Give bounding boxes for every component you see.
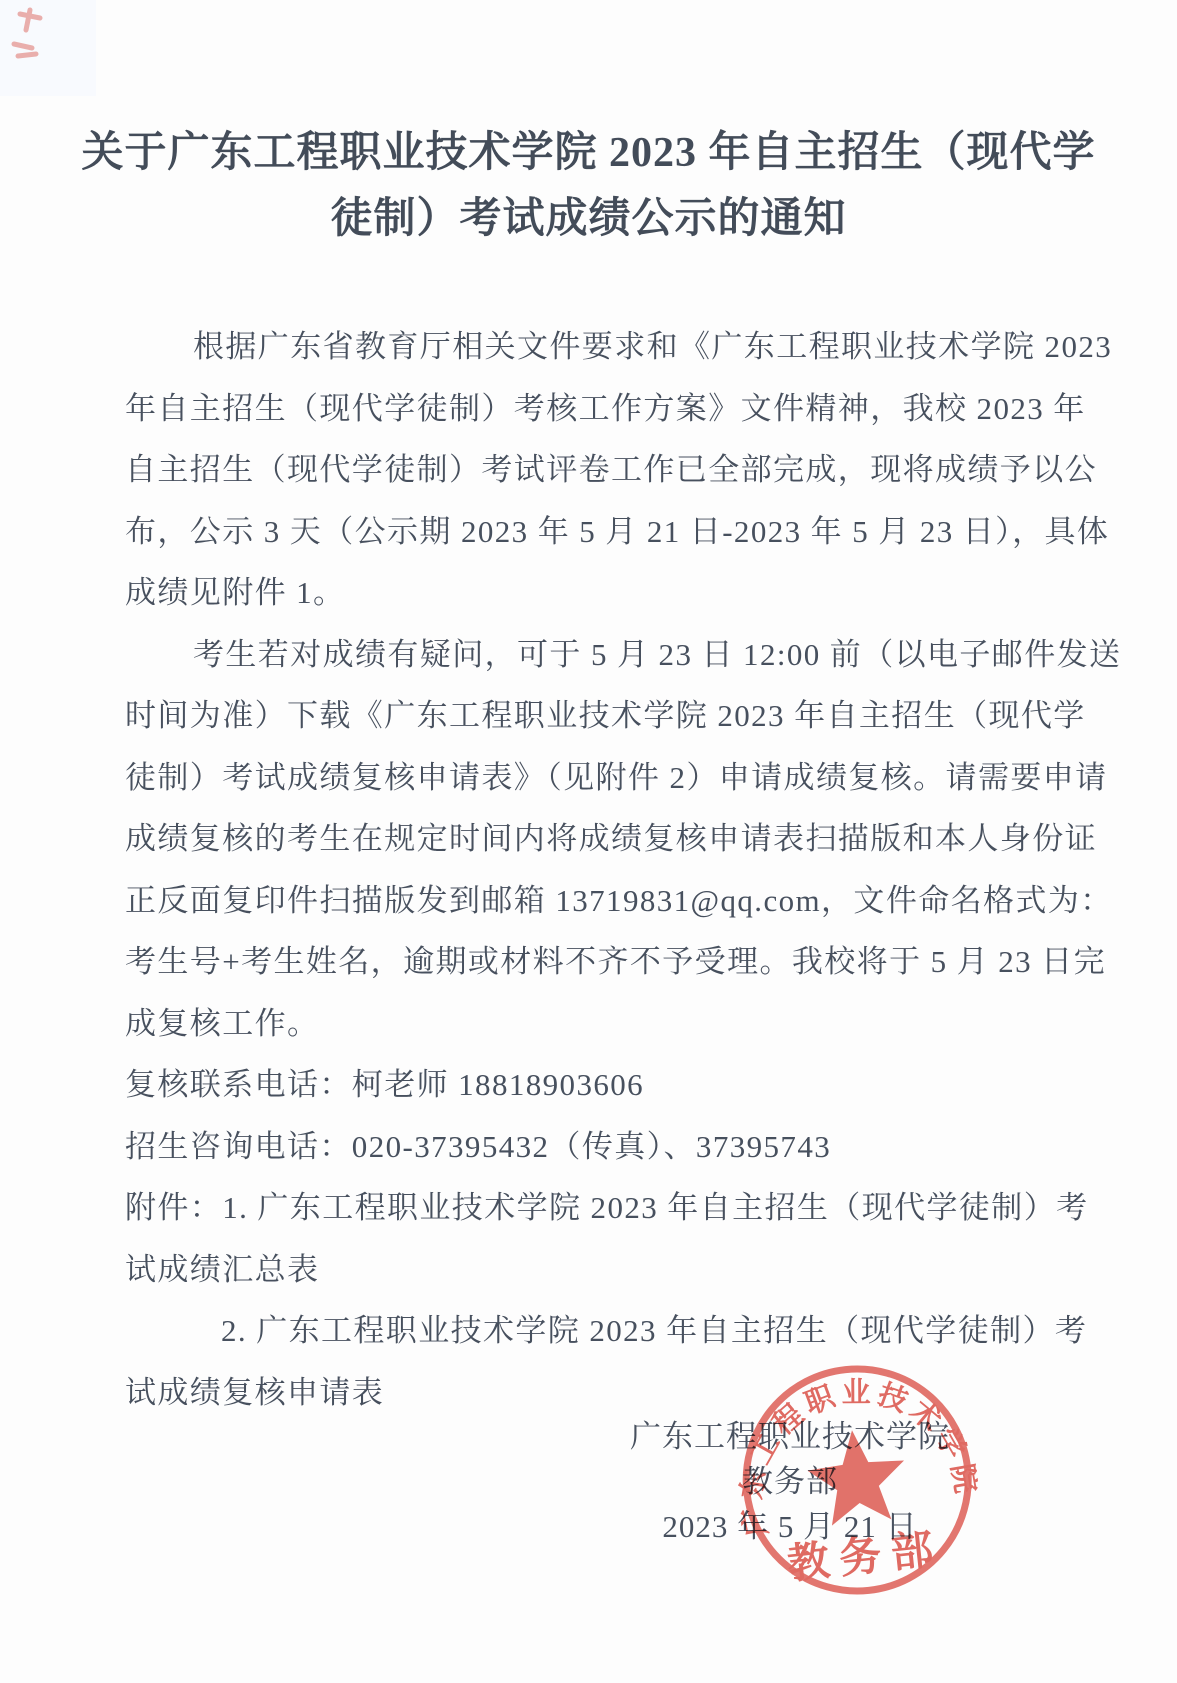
body-line: 徒制）考试成绩复核申请表》（见附件 2）申请成绩复核。请需要申请 [125,747,1050,809]
body-line: 布，公示 3 天（公示期 2023 年 5 月 21 日-2023 年 5 月 … [125,501,1050,563]
notice-body: 根据广东省教育厅相关文件要求和《广东工程职业技术学院 2023 年自主招生（现代… [125,316,1050,1423]
title-line-1: 关于广东工程职业技术学院 2023 年自主招生（现代学 [0,120,1177,186]
seal-star-icon [804,1425,910,1527]
body-line: 成绩见附件 1。 [125,562,1050,624]
body-line: 正反面复印件扫描版发到邮箱 13719831@qq.com，文件命名格式为： [125,870,1050,932]
body-line: 根据广东省教育厅相关文件要求和《广东工程职业技术学院 2023 [125,316,1050,378]
notice-document-page: 关于广东工程职业技术学院 2023 年自主招生（现代学 徒制）考试成绩公示的通知… [0,0,1177,1683]
admission-phone-line: 招生咨询电话：020-37395432（传真）、37395743 [125,1116,1050,1178]
body-line: 年自主招生（现代学徒制）考核工作方案》文件精神，我校 2023 年 [125,378,1050,440]
official-seal: 广东工程职业技术学院 教务部 [725,1344,989,1612]
body-line: 成绩复核的考生在规定时间内将成绩复核申请表扫描版和本人身份证 [125,808,1050,870]
page-title: 关于广东工程职业技术学院 2023 年自主招生（现代学 徒制）考试成绩公示的通知 [0,120,1177,252]
red-corner-marks [6,4,76,74]
body-line: 成复核工作。 [125,993,1050,1055]
review-contact-phone-line: 复核联系电话：柯老师 18818903606 [125,1054,1050,1116]
body-line: 考生若对成绩有疑问，可于 5 月 23 日 12:00 前（以电子邮件发送 [125,624,1050,686]
seal-bottom-text: 教务部 [785,1526,945,1589]
attachment-1-line: 附件：1. 广东工程职业技术学院 2023 年自主招生（现代学徒制）考 [125,1177,1050,1239]
title-line-2: 徒制）考试成绩公示的通知 [0,186,1177,252]
body-line: 自主招生（现代学徒制）考试评卷工作已全部完成，现将成绩予以公 [125,439,1050,501]
body-line: 时间为准）下载《广东工程职业技术学院 2023 年自主招生（现代学 [125,685,1050,747]
body-line: 考生号+考生姓名，逾期或材料不齐不予受理。我校将于 5 月 23 日完 [125,931,1050,993]
attachment-1-line-cont: 试成绩汇总表 [125,1239,1050,1301]
